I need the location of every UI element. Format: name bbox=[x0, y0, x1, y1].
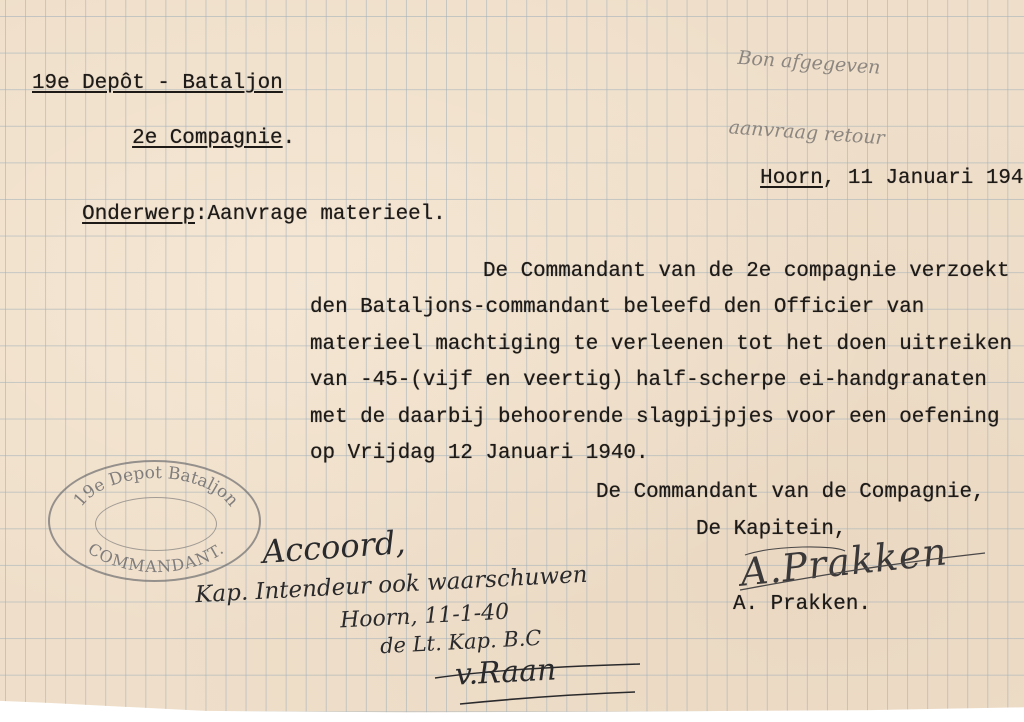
date: , 11 Januari 1940 bbox=[823, 167, 1024, 190]
commander-stamp: 19e Depot Bataljon COMMANDANT. 19e Depot… bbox=[48, 460, 261, 582]
pencil-note-line-2: aanvraag retour bbox=[728, 116, 885, 149]
place: Hoorn bbox=[760, 167, 823, 190]
company-heading: 2e Compagnie. bbox=[82, 108, 295, 171]
svg-text:19e Depot Bataljon: 19e Depot Bataljon bbox=[70, 463, 242, 511]
body-line-1: De Commandant van de 2e compagnie verzoe… bbox=[483, 262, 1010, 283]
company-suffix: . bbox=[283, 127, 296, 150]
body-line-6: op Vrijdag 12 Januari 1940. bbox=[310, 444, 648, 465]
signatory-name: A. Prakken. bbox=[733, 595, 871, 616]
subject-line: Onderwerp:Aanvrage materieel. bbox=[32, 184, 446, 247]
place-date: Hoorn, 11 Januari 1940 bbox=[710, 148, 1024, 211]
subject-text: :Aanvrage materieel. bbox=[195, 203, 446, 226]
body-line-4: van -45-(vijf en veertig) half-scherpe e… bbox=[310, 371, 987, 392]
closing-line-1: De Commandant van de Compagnie, bbox=[596, 483, 985, 504]
body-line-5: met de daarbij behoorende slagpijpjes vo… bbox=[310, 408, 1000, 429]
body-line-3: materieel machtiging te verleenen tot he… bbox=[310, 335, 1012, 356]
pencil-note-line-1: Bon afgegeven bbox=[737, 47, 890, 80]
company-name: 2e Compagnie bbox=[132, 127, 282, 150]
svg-text:COMMANDANT.: COMMANDANT. bbox=[85, 539, 228, 576]
approval-signature-underline bbox=[430, 660, 650, 710]
unit-heading: 19e Depôt - Bataljon bbox=[32, 74, 283, 95]
approval-line-1: Accoord, bbox=[261, 523, 407, 571]
stamp-text-arc: 19e Depot Bataljon COMMANDANT. bbox=[48, 460, 261, 582]
body-line-2: den Bataljons-commandant beleefd den Off… bbox=[310, 298, 924, 319]
closing-line-2: De Kapitein, bbox=[696, 520, 846, 541]
subject-label: Onderwerp bbox=[82, 203, 195, 226]
document-page: Bon afgegeven aanvraag retour 19e Depôt … bbox=[0, 0, 1024, 713]
